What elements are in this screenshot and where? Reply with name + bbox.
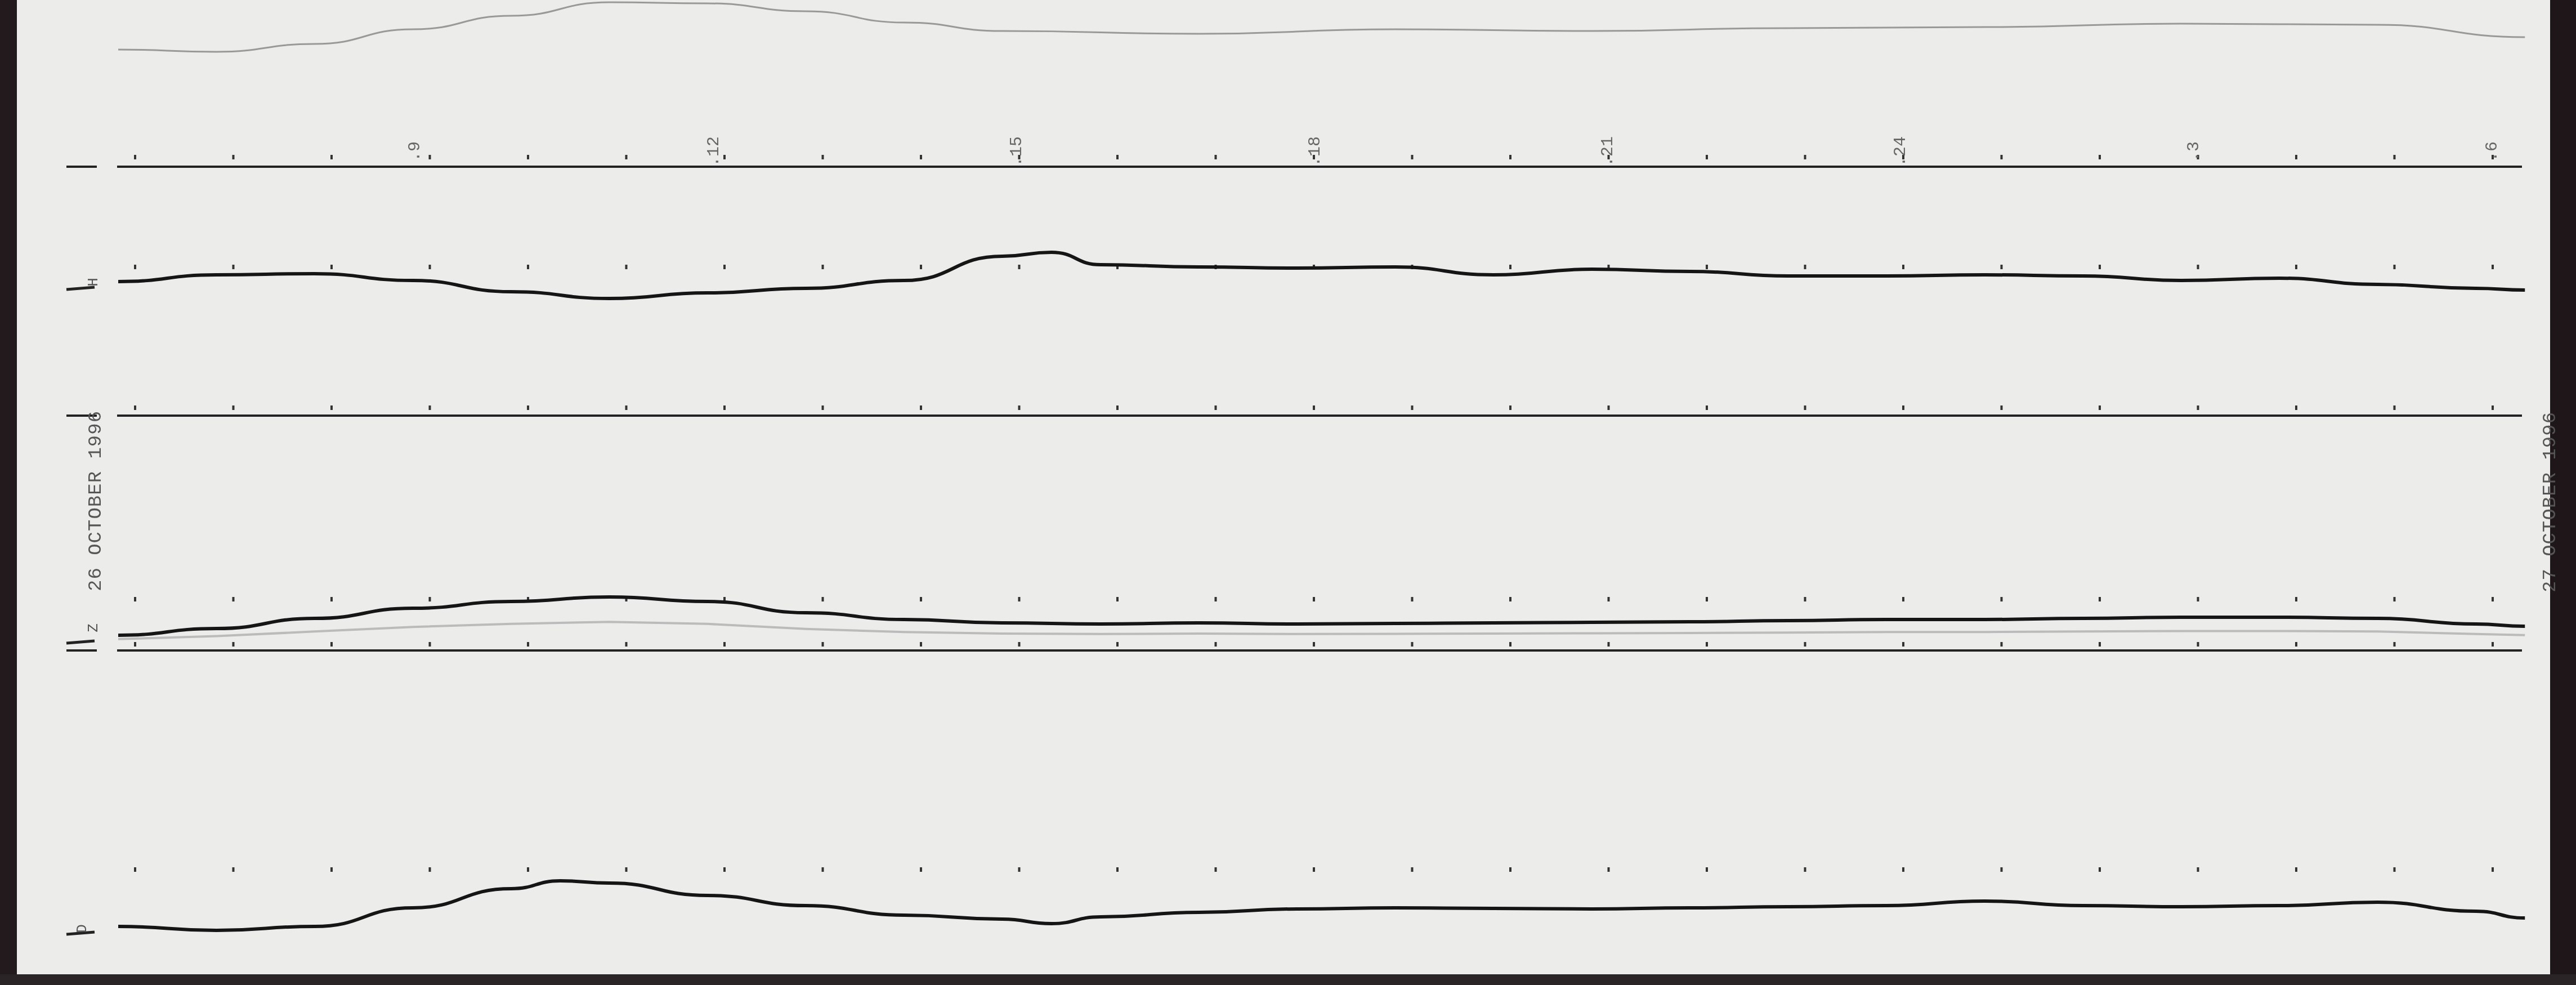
hour-tick-dot (2394, 642, 2396, 647)
hour-tick-dot (134, 405, 136, 410)
hour-tick-dot (134, 155, 136, 159)
hour-tick-dot (232, 867, 235, 872)
hour-tick-dot (1804, 597, 1806, 601)
hour-tick-dot (527, 405, 529, 410)
hour-tick-dot (2001, 867, 2003, 872)
hour-tick-label: .12 (705, 136, 724, 167)
hour-tick-dot (1804, 155, 1806, 159)
hour-tick-dot (2295, 597, 2297, 601)
hour-tick-dot (2099, 597, 2101, 601)
hour-tick-dot (822, 405, 824, 410)
hour-tick-dot (2492, 597, 2494, 601)
hour-tick-dot (134, 265, 136, 269)
hour-tick-dot (330, 265, 333, 269)
hour-tick-dot (1116, 405, 1119, 410)
hour-tick-dot (1706, 867, 1708, 872)
hour-tick-dot (1018, 265, 1021, 269)
h-trace-label: H (85, 278, 102, 287)
hour-tick-dot (330, 597, 333, 601)
hour-tick-dot (2492, 265, 2494, 269)
hour-tick-dot (429, 155, 431, 159)
hour-tick-dot (2295, 642, 2297, 647)
hour-tick-dot (2492, 405, 2494, 410)
hour-tick-label: .24 (1891, 136, 1911, 167)
hour-tick-dot (1706, 405, 1708, 410)
hour-tick-dot (625, 405, 628, 410)
hour-tick-dot (429, 597, 431, 601)
hour-tick-dot (1215, 405, 1217, 410)
hour-tick-dot (2001, 597, 2003, 601)
hour-tick-dot (1411, 155, 1414, 159)
hour-tick-dot (1509, 642, 1511, 647)
d-trace-label: D (74, 924, 91, 933)
hour-tick-dot (2099, 867, 2101, 872)
hour-tick-dot (527, 642, 529, 647)
hour-tick-dot (1804, 405, 1806, 410)
hour-tick-dot (330, 642, 333, 647)
hour-tick-dot (232, 642, 235, 647)
hour-tick-dot (822, 642, 824, 647)
hour-tick-dot (232, 405, 235, 410)
hour-tick-dot (2197, 597, 2199, 601)
hour-tick-dot (822, 265, 824, 269)
hour-tick-label: .9 (406, 141, 425, 162)
hour-tick-dot (1608, 597, 1610, 601)
hour-tick-dot (1804, 642, 1806, 647)
hour-tick-dot (1509, 597, 1511, 601)
hour-tick-dot (429, 265, 431, 269)
hour-tick-dot (2197, 642, 2199, 647)
hour-tick-dot (1018, 642, 1021, 647)
hour-tick-dot (1313, 405, 1315, 410)
z-trace-line (118, 597, 2525, 635)
hour-tick-dot (1608, 405, 1610, 410)
h-trace-start-stub (66, 287, 95, 289)
hour-tick-dot (1411, 867, 1414, 872)
hour-tick-dot (1902, 265, 1904, 269)
hour-tick-dot (1215, 642, 1217, 647)
hour-tick-dot (1116, 155, 1119, 159)
hour-tick-dot (1411, 597, 1414, 601)
hour-tick-dot (920, 155, 922, 159)
hour-tick-dot (134, 642, 136, 647)
z-trace-label: Z (85, 623, 102, 632)
hour-tick-dot (920, 265, 922, 269)
hour-tick-dot (527, 867, 529, 872)
hour-tick-dot (2394, 155, 2396, 159)
hour-tick-dot (2394, 597, 2396, 601)
hour-tick-dot (1116, 867, 1119, 872)
hour-tick-dot (723, 642, 726, 647)
hour-tick-dot (723, 405, 726, 410)
hour-tick-label: .3 (2185, 141, 2204, 162)
hour-tick-dot (2394, 405, 2396, 410)
hour-tick-dot (1215, 155, 1217, 159)
h-trace-line (118, 252, 2525, 298)
hour-tick-dot (2001, 642, 2003, 647)
hour-tick-dot (2099, 265, 2101, 269)
hour-tick-dot (1804, 265, 1806, 269)
hour-tick-dot (2099, 405, 2101, 410)
hour-tick-dot (625, 867, 628, 872)
hour-tick-dot (527, 265, 529, 269)
hour-tick-dot (1215, 597, 1217, 601)
hour-tick-dot (1509, 265, 1511, 269)
hour-tick-dot (1116, 642, 1119, 647)
hour-tick-dot (822, 597, 824, 601)
hour-tick-dot (2197, 265, 2199, 269)
hour-tick-dot (1313, 642, 1315, 647)
d-trace-line (118, 881, 2525, 930)
hour-tick-dot (1706, 265, 1708, 269)
hour-tick-dot (1313, 597, 1315, 601)
hour-tick-dot (625, 155, 628, 159)
hour-tick-dot (2394, 265, 2396, 269)
hour-tick-dot (429, 867, 431, 872)
hour-tick-dot (2492, 642, 2494, 647)
hour-tick-dot (822, 867, 824, 872)
hour-tick-dot (232, 597, 235, 601)
hour-tick-dot (1215, 867, 1217, 872)
hour-tick-dot (232, 265, 235, 269)
hour-tick-dot (1313, 867, 1315, 872)
hour-tick-dot (2099, 155, 2101, 159)
hour-tick-dot (723, 867, 726, 872)
hour-tick-dot (330, 155, 333, 159)
hour-tick-dot (2001, 405, 2003, 410)
hour-tick-dot (1509, 155, 1511, 159)
hour-tick-dot (2394, 867, 2396, 872)
hour-tick-dot (1411, 405, 1414, 410)
hour-tick-dot (1706, 597, 1708, 601)
hour-tick-dot (1706, 642, 1708, 647)
top-trace-faint-trace-line (118, 2, 2525, 52)
hour-tick-dot (1804, 867, 1806, 872)
hour-tick-label: .15 (1008, 136, 1027, 167)
hour-tick-dot (2197, 867, 2199, 872)
hour-tick-dot (429, 642, 431, 647)
hour-tick-dot (2295, 155, 2297, 159)
hour-tick-dot (1018, 867, 1021, 872)
hour-tick-dot (1902, 867, 1904, 872)
hour-tick-dot (2295, 867, 2297, 872)
start-date-label: 26 OCTOBER 1996 (86, 411, 107, 591)
hour-tick-dot (2197, 405, 2199, 410)
z-trace-start-stub (66, 641, 95, 643)
hour-tick-dot (625, 642, 628, 647)
hour-tick-dot (822, 155, 824, 159)
end-date-label: 27 OCTOBER 1996 (2540, 412, 2561, 592)
hour-tick-dot (920, 642, 922, 647)
hour-tick-dot (1018, 597, 1021, 601)
hour-tick-dot (2001, 265, 2003, 269)
hour-tick-dot (2001, 155, 2003, 159)
hour-tick-dot (2099, 642, 2101, 647)
hour-tick-dot (920, 597, 922, 601)
hour-tick-dot (625, 265, 628, 269)
hour-tick-dot (429, 405, 431, 410)
hour-tick-dot (1608, 642, 1610, 647)
hour-tick-dot (2492, 867, 2494, 872)
hour-tick-dot (1509, 405, 1511, 410)
hour-tick-dot (527, 155, 529, 159)
hour-tick-dot (1902, 597, 1904, 601)
hour-tick-dot (1411, 642, 1414, 647)
hour-tick-dot (1018, 405, 1021, 410)
hour-tick-dot (134, 867, 136, 872)
hour-tick-dot (1902, 642, 1904, 647)
hour-tick-dot (232, 155, 235, 159)
hour-tick-dot (330, 867, 333, 872)
hour-tick-label: .18 (1306, 136, 1325, 167)
hour-tick-dot (920, 405, 922, 410)
hour-tick-dot (1706, 155, 1708, 159)
hour-tick-dot (920, 867, 922, 872)
hour-tick-dot (134, 597, 136, 601)
hour-tick-dot (1608, 867, 1610, 872)
hour-tick-dot (1902, 405, 1904, 410)
hour-tick-dot (1509, 867, 1511, 872)
hour-tick-dot (1116, 597, 1119, 601)
hour-tick-dot (2295, 265, 2297, 269)
hour-tick-dot (723, 265, 726, 269)
hour-tick-dot (2295, 405, 2297, 410)
hour-tick-dot (330, 405, 333, 410)
hour-tick-label: .21 (1599, 136, 1618, 167)
hour-tick-label: .6 (2483, 141, 2502, 162)
